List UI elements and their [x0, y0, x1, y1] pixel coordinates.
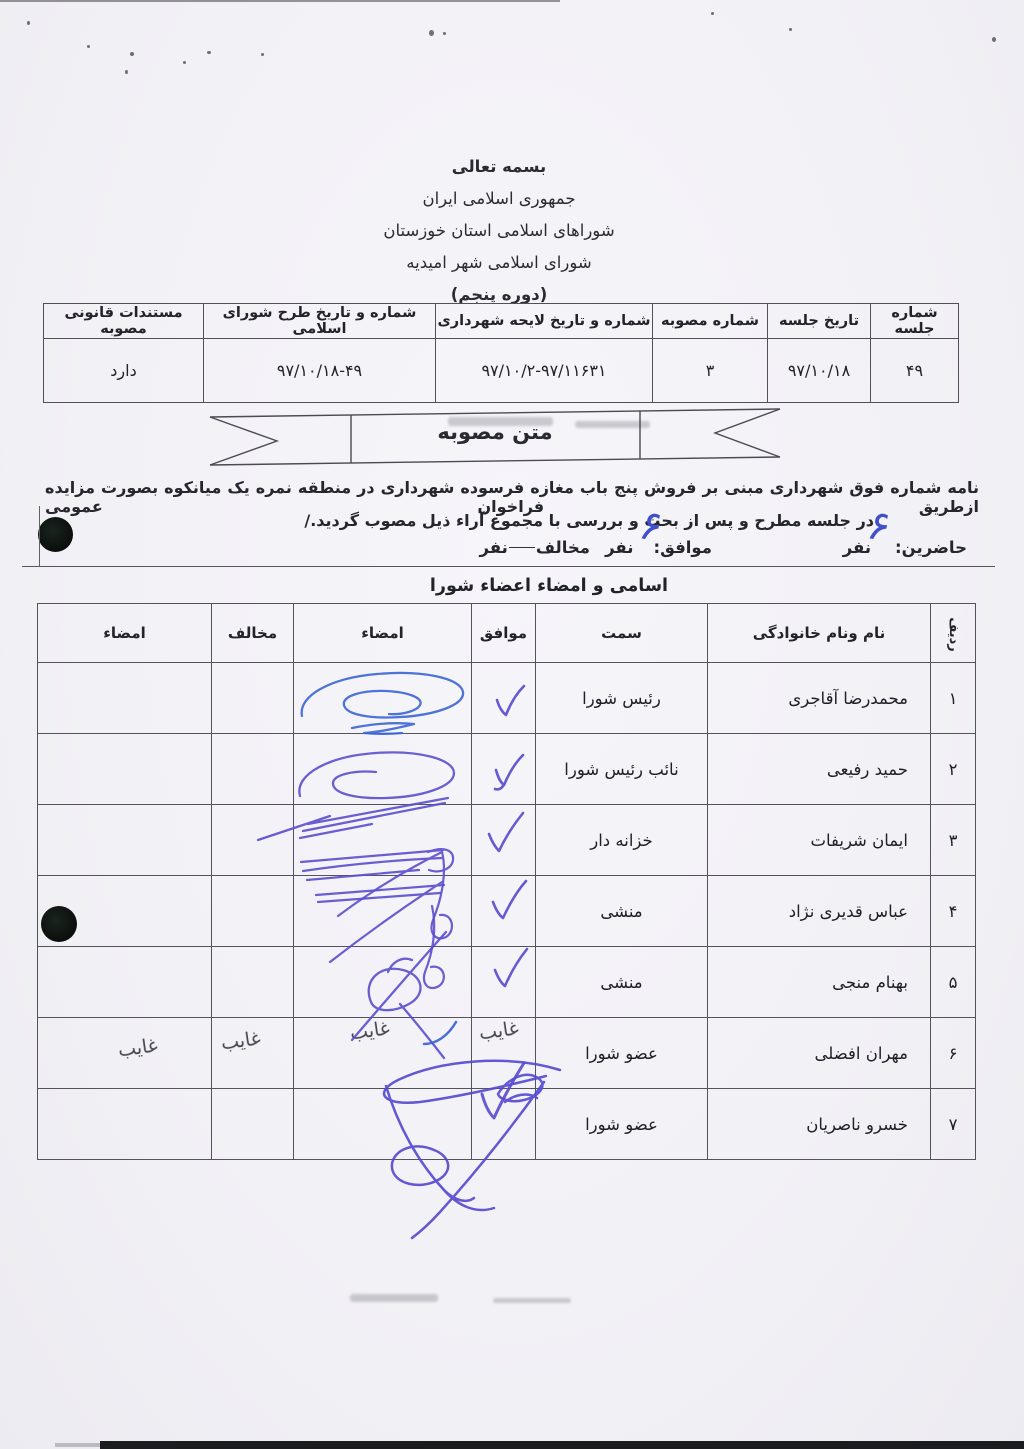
member-position: عضو شورا [536, 1089, 708, 1160]
member-opposed-cell [212, 734, 294, 805]
col-header-agree: موافق [472, 604, 536, 663]
scan-edge-top [0, 0, 560, 2]
member-signature-cell [294, 805, 472, 876]
member-position: منشی [536, 876, 708, 947]
member-no: ۳ [931, 805, 976, 876]
header-line-country: جمهوری اسلامی ایران [299, 183, 699, 215]
member-position: خزانه دار [536, 805, 708, 876]
member-signature2-cell [38, 734, 212, 805]
member-agree-cell [472, 663, 536, 734]
separator-rule [22, 566, 995, 567]
member-signature-cell [294, 876, 472, 947]
members-table-title: اسامی و امضاء اعضاء شورا [249, 576, 849, 596]
scan-speck [429, 30, 434, 36]
member-no: ۶ [931, 1018, 976, 1089]
member-name: خسرو ناصریان [708, 1089, 931, 1160]
scan-edge-bottom [100, 1441, 1024, 1449]
attendance-present: حاضرین: نفر [843, 534, 967, 560]
resolution-info-table: شماره جلسه تاریخ جلسه شماره مصوبه شماره … [43, 303, 959, 403]
info-col-value-bill: ۹۷/۱۰/۲-۹۷/۱۱۶۳۱ [436, 339, 653, 403]
ribbon-left-notch [210, 417, 277, 465]
info-value-row: ۴۹ ۹۷/۱۰/۱۸ ۳ ۹۷/۱۰/۲-۹۷/۱۱۶۳۱ ۹۷/۱۰/۱۸-… [44, 339, 959, 403]
scan-speck [27, 21, 30, 25]
scan-speck [789, 28, 792, 31]
ribbon-bottom-line [210, 457, 780, 465]
member-name: بهنام منجی [708, 947, 931, 1018]
info-col-value-legal-docs: دارد [44, 339, 204, 403]
opposed-blank-line [509, 547, 535, 548]
scan-speck [125, 70, 128, 74]
info-col-value-plan: ۹۷/۱۰/۱۸-۴۹ [204, 339, 436, 403]
scan-speck [207, 51, 211, 54]
scan-speck [183, 61, 186, 64]
member-name: حمید رفیعی [708, 734, 931, 805]
member-no: ۵ [931, 947, 976, 1018]
member-no: ۴ [931, 876, 976, 947]
member-opposed-cell [212, 805, 294, 876]
info-header-row: شماره جلسه تاریخ جلسه شماره مصوبه شماره … [44, 304, 959, 339]
scan-edge-bottom-fade [55, 1443, 100, 1447]
member-position: منشی [536, 947, 708, 1018]
scan-speck [130, 52, 134, 56]
info-col-header-resolution-no: شماره مصوبه [653, 304, 768, 339]
member-position: رئیس شورا [536, 663, 708, 734]
present-label: حاضرین: [895, 538, 967, 557]
header-line-city: شورای اسلامی شهر امیدیه [299, 247, 699, 279]
member-no: ۷ [931, 1089, 976, 1160]
col-header-position: سمت [536, 604, 708, 663]
info-col-header-plan: شماره و تاریخ طرح شورای اسلامی [204, 304, 436, 339]
member-row: ۱ محمدرضا آقاجری رئیس شورا [38, 663, 976, 734]
header-line-basmala: بسمه تعالی [299, 151, 699, 183]
opposed-label: مخالف [536, 538, 590, 557]
member-signature-cell [294, 947, 472, 1018]
ribbon-title: متن مصوبه [375, 420, 615, 444]
member-row: ۳ ایمان شریفات خزانه دار [38, 805, 976, 876]
opposed-unit: نفر [480, 538, 508, 557]
member-row: ۵ بهنام منجی منشی [38, 947, 976, 1018]
member-signature-cell [294, 734, 472, 805]
info-col-header-legal-docs: مستندات قانونی مصوبه [44, 304, 204, 339]
scan-smudge [493, 1298, 571, 1303]
member-agree-cell [472, 805, 536, 876]
scanned-document-page: بسمه تعالی جمهوری اسلامی ایران شوراهای ا… [0, 0, 1024, 1449]
attendance-opposed: مخالف نفر [480, 534, 591, 560]
resolution-text-line2: در جلسه مطرح و پس از بحث و بررسی با مجمو… [45, 511, 979, 530]
info-col-header-session-no: شماره جلسه [871, 304, 959, 339]
col-header-signature: امضاء [294, 604, 472, 663]
member-row: ۲ حمید رفیعی نائب رئیس شورا [38, 734, 976, 805]
info-col-header-session-date: تاریخ جلسه [768, 304, 871, 339]
scan-speck [443, 32, 446, 35]
scan-speck [992, 37, 996, 42]
member-agree-cell [472, 734, 536, 805]
col-header-opposed: مخالف [212, 604, 294, 663]
scan-speck [87, 45, 90, 48]
agree-unit: نفر [605, 538, 633, 557]
member-opposed-cell [212, 947, 294, 1018]
member-signature2-cell [38, 805, 212, 876]
member-signature-cell [294, 1089, 472, 1160]
col-header-row-no: ردیف [931, 604, 976, 663]
member-opposed-cell [212, 876, 294, 947]
member-no: ۲ [931, 734, 976, 805]
member-name: عباس قدیری نژاد [708, 876, 931, 947]
info-col-value-session-date: ۹۷/۱۰/۱۸ [768, 339, 871, 403]
info-col-value-session-no: ۴۹ [871, 339, 959, 403]
member-signature2-cell [38, 947, 212, 1018]
members-header-row: ردیف نام ونام خانوادگی سمت موافق امضاء م… [38, 604, 976, 663]
info-col-header-bill: شماره و تاریخ لایحه شهرداری [436, 304, 653, 339]
member-signature2-cell [38, 876, 212, 947]
member-agree-cell [472, 1089, 536, 1160]
agree-label: موافق: [654, 538, 713, 557]
member-signature-cell [294, 663, 472, 734]
header-line-province: شوراهای اسلامی استان خوزستان [299, 215, 699, 247]
member-name: ایمان شریفات [708, 805, 931, 876]
member-position: عضو شورا [536, 1018, 708, 1089]
member-agree-cell [472, 947, 536, 1018]
member-no: ۱ [931, 663, 976, 734]
member-signature2-cell [38, 1089, 212, 1160]
ribbon-right-notch [715, 409, 780, 457]
member-position: نائب رئیس شورا [536, 734, 708, 805]
member-row: ۴ عباس قدیری نژاد منشی [38, 876, 976, 947]
member-agree-cell [472, 876, 536, 947]
scan-smudge [350, 1294, 438, 1302]
ribbon-top-line [210, 409, 780, 417]
left-border-fragment [39, 506, 40, 567]
info-col-value-resolution-no: ۳ [653, 339, 768, 403]
scan-speck [261, 53, 264, 56]
member-signature2-cell [38, 663, 212, 734]
member-name: مهران افضلی [708, 1018, 931, 1089]
member-name: محمدرضا آقاجری [708, 663, 931, 734]
scan-speck [711, 12, 714, 15]
col-header-name: نام ونام خانوادگی [708, 604, 931, 663]
document-header: بسمه تعالی جمهوری اسلامی ایران شوراهای ا… [299, 151, 699, 311]
member-opposed-cell [212, 663, 294, 734]
members-table: ردیف نام ونام خانوادگی سمت موافق امضاء م… [37, 603, 976, 1160]
member-opposed-cell [212, 1089, 294, 1160]
col-header-signature2: امضاء [38, 604, 212, 663]
member-row: ۷ خسرو ناصریان عضو شورا [38, 1089, 976, 1160]
